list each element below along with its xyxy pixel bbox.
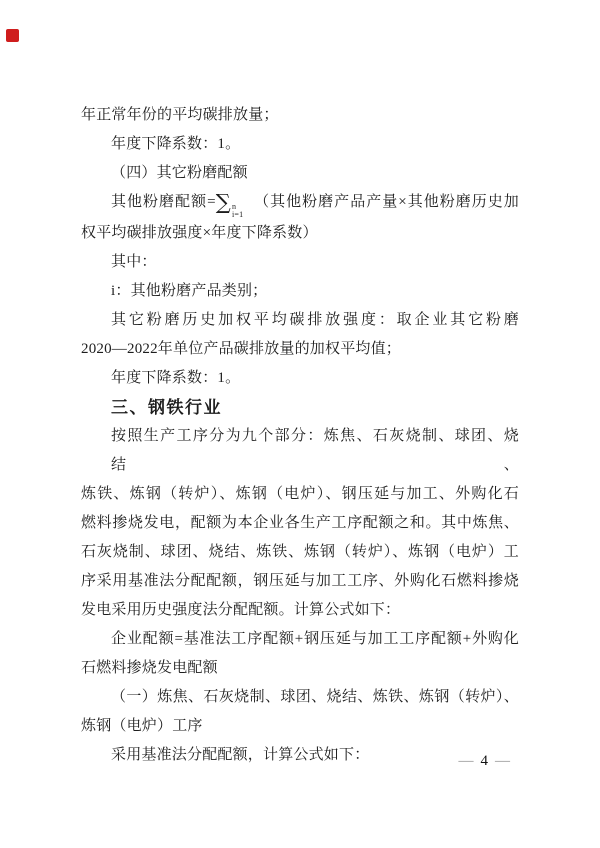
summation-limits: ni=1 — [232, 203, 243, 219]
text-line: 2020—2022年单位产品碳排放量的加权平均值； — [81, 335, 519, 364]
text-line: 企业配额=基准法工序配额+钢压延与加工工序配额+外购化 — [81, 625, 519, 654]
formula-line: 其他粉磨配额=∑ni=1（其他粉磨产品产量×其他粉磨历史加 — [81, 188, 519, 219]
summation-icon: ∑ — [216, 190, 231, 214]
page-number: —4— — [453, 751, 518, 771]
text-line: 其它粉磨历史加权平均碳排放强度：取企业其它粉磨 — [81, 306, 519, 335]
text-line: 炼钢（电炉）工序 — [81, 712, 519, 741]
text-line: 其中： — [81, 248, 519, 277]
formula-rhs: （其他粉磨产品产量×其他粉磨历史加 — [253, 194, 519, 210]
text-line: （四）其它粉磨配额 — [81, 159, 519, 188]
text-line: i：其他粉磨产品类别； — [81, 277, 519, 306]
red-mark-icon — [6, 29, 19, 42]
text-line: 年正常年份的平均碳排放量； — [81, 101, 519, 130]
page-number-right-dash: — — [489, 753, 517, 769]
text-line: 石燃料掺烧发电配额 — [81, 654, 519, 683]
page-number-value: 4 — [481, 753, 490, 769]
text-line: （一）炼焦、石灰烧制、球团、烧结、炼铁、炼钢（转炉）、 — [81, 683, 519, 712]
page-number-left-dash: — — [453, 753, 481, 769]
document-page: 年正常年份的平均碳排放量；年度下降系数：1。（四）其它粉磨配额其他粉磨配额=∑n… — [0, 0, 600, 848]
text-line: 权平均碳排放强度×年度下降系数） — [81, 219, 519, 248]
formula-lhs: 其他粉磨配额= — [111, 194, 216, 210]
text-line: 年度下降系数：1。 — [81, 364, 519, 393]
section-heading: 三、钢铁行业 — [81, 393, 519, 422]
text-line: 石灰烧制、球团、烧结、炼铁、炼钢（转炉）、炼钢（电炉）工 — [81, 538, 519, 567]
document-body: 年正常年份的平均碳排放量；年度下降系数：1。（四）其它粉磨配额其他粉磨配额=∑n… — [81, 101, 519, 770]
text-line: 发电采用历史强度法分配配额。计算公式如下： — [81, 596, 519, 625]
text-line: 年度下降系数：1。 — [81, 130, 519, 159]
text-line: 炼铁、炼钢（转炉）、炼钢（电炉）、钢压延与加工、外购化石 — [81, 480, 519, 509]
text-line: 序采用基准法分配配额，钢压延与加工工序、外购化石燃料掺烧 — [81, 567, 519, 596]
text-line: 按照生产工序分为九个部分：炼焦、石灰烧制、球团、烧结、 — [81, 422, 519, 480]
text-line: 燃料掺烧发电，配额为本企业各生产工序配额之和。其中炼焦、 — [81, 509, 519, 538]
